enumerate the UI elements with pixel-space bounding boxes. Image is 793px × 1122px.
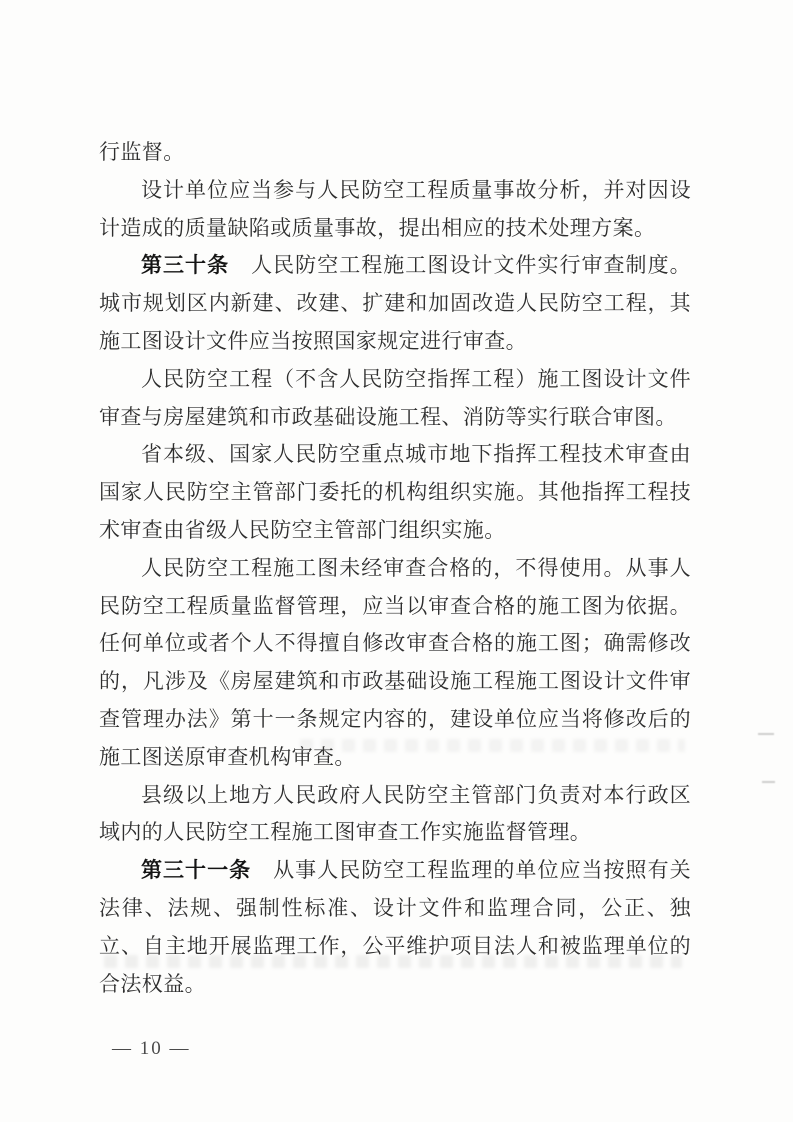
page-number: — 10 — bbox=[112, 1038, 191, 1060]
paragraph-article-30: 第三十条 人民防空工程施工图设计文件实行审查制度。城市规划区内新建、改建、扩建和… bbox=[99, 247, 691, 360]
scanned-document-page: 行监督。 设计单位应当参与人民防空工程质量事故分析，并对因设计造成的质量缺陷或质… bbox=[0, 0, 793, 1122]
paragraph-county-supervision: 县级以上地方人民政府人民防空主管部门负责对本行政区域内的人民防空工程施工图审查工… bbox=[99, 777, 691, 853]
scan-speck-artifact bbox=[762, 781, 775, 783]
article-30-number: 第三十条 bbox=[141, 253, 229, 277]
paragraph-drawing-approval: 人民防空工程施工图未经审查合格的，不得使用。从事人民防空工程质量监督管理，应当以… bbox=[99, 550, 691, 777]
paragraph-provincial-review: 省本级、国家人民防空重点城市地下指挥工程技术审查由国家人民防空主管部门委托的机构… bbox=[99, 436, 691, 549]
document-body: 行监督。 设计单位应当参与人民防空工程质量事故分析，并对因设计造成的质量缺陷或质… bbox=[99, 134, 691, 1003]
paragraph-continuation: 行监督。 bbox=[99, 134, 691, 172]
paragraph-design-unit: 设计单位应当参与人民防空工程质量事故分析，并对因设计造成的质量缺陷或质量事故，提… bbox=[99, 172, 691, 248]
scan-speck-artifact bbox=[758, 733, 774, 735]
paragraph-joint-review: 人民防空工程（不含人民防空指挥工程）施工图设计文件审查与房屋建筑和市政基础设施工… bbox=[99, 361, 691, 437]
article-31-number: 第三十一条 bbox=[141, 858, 251, 882]
paragraph-article-31: 第三十一条 从事人民防空工程监理的单位应当按照有关法律、法规、强制性标准、设计文… bbox=[99, 852, 691, 1003]
